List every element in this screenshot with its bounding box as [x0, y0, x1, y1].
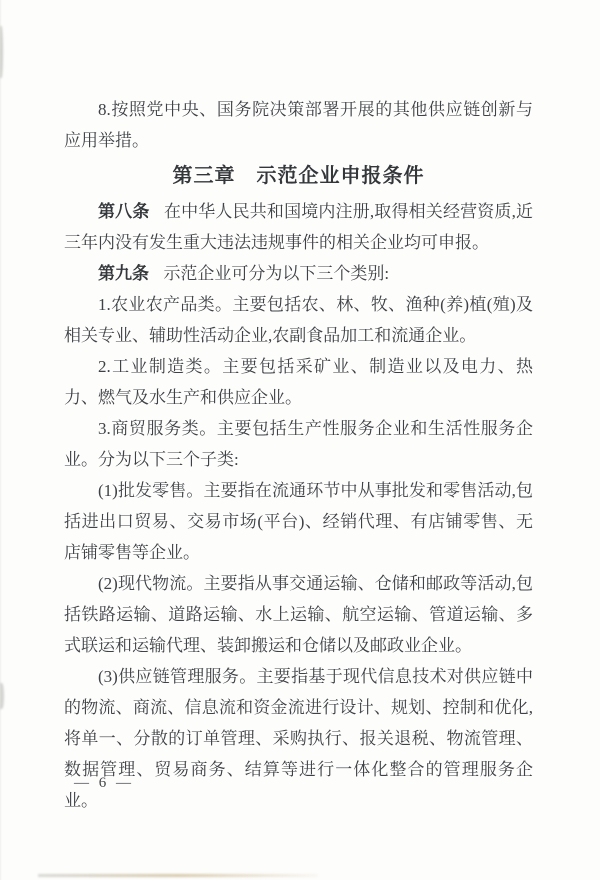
scan-shadow-bottom [38, 874, 318, 877]
document-page: 8.按照党中央、国务院决策部署开展的其他供应链创新与应用举措。 第三章 示范企业… [0, 0, 600, 880]
page-number: — 6 — [74, 770, 134, 796]
article-9-text: 示范企业可分为以下三个类别: [163, 264, 389, 283]
subcategory-2-modern-logistics: (2)现代物流。主要指从事交通运输、仓储和邮政等活动,包括铁路运输、道路运输、水… [64, 568, 533, 661]
article-8-paragraph: 第八条在中华人民共和国境内注册,取得相关经营资质,近三年内没有发生重大违法违规事… [64, 196, 533, 258]
document-body: 8.按照党中央、国务院决策部署开展的其他供应链创新与应用举措。 第三章 示范企业… [64, 94, 533, 816]
category-1-agriculture: 1.农业农产品类。主要包括农、林、牧、渔种(养)植(殖)及相关专业、辅助性活动企… [64, 289, 533, 351]
subcategory-1-wholesale-retail: (1)批发零售。主要指在流通环节中从事批发和零售活动,包括进出口贸易、交易市场(… [64, 475, 533, 568]
scan-mark-left-mid [0, 683, 4, 709]
scan-mark-left-top [0, 26, 3, 78]
category-2-industry: 2.工业制造类。主要包括采矿业、制造业以及电力、热力、燃气及水生产和供应企业。 [64, 351, 533, 413]
article-9-label: 第九条 [98, 264, 149, 283]
article-8-label: 第八条 [98, 202, 150, 221]
subcategory-3-supply-chain-management: (3)供应链管理服务。主要指基于现代信息技术对供应链中的物流、商流、信息流和资金… [64, 661, 533, 816]
category-3-trade-services: 3.商贸服务类。主要包括生产性服务企业和生活性服务企业。分为以下三个子类: [64, 413, 533, 475]
chapter-heading: 第三章 示范企业申报条件 [64, 158, 533, 194]
paragraph-continuation-item-8: 8.按照党中央、国务院决策部署开展的其他供应链创新与应用举措。 [64, 94, 533, 156]
article-9-paragraph: 第九条示范企业可分为以下三个类别: [64, 258, 533, 289]
scan-edge-left [0, 0, 2, 880]
